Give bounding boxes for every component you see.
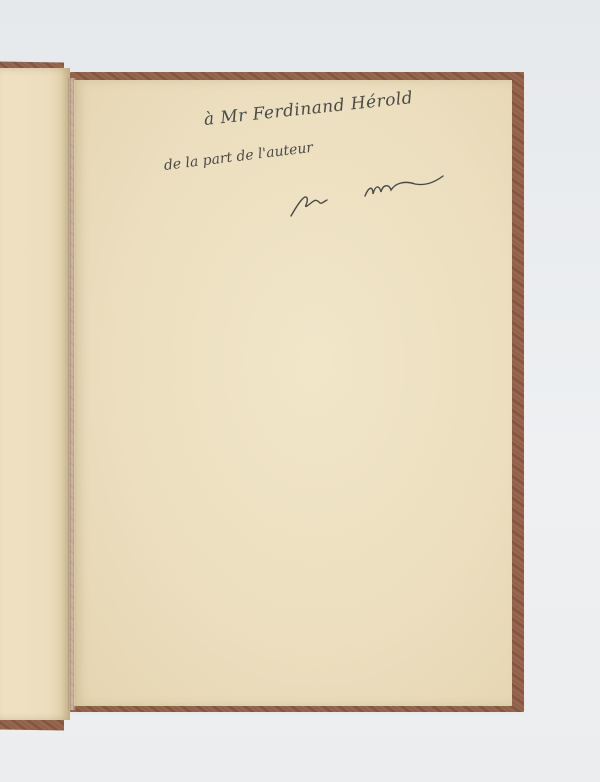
handwritten-inscription: à Mr Ferdinand Hérold de la part de l'au… xyxy=(160,110,500,220)
signature-icon xyxy=(285,172,465,222)
left-page xyxy=(0,68,70,720)
photo-scene: à Mr Ferdinand Hérold de la part de l'au… xyxy=(0,0,600,782)
inscription-line-from-author: de la part de l'auteur xyxy=(163,140,314,174)
book-gutter xyxy=(68,78,76,710)
